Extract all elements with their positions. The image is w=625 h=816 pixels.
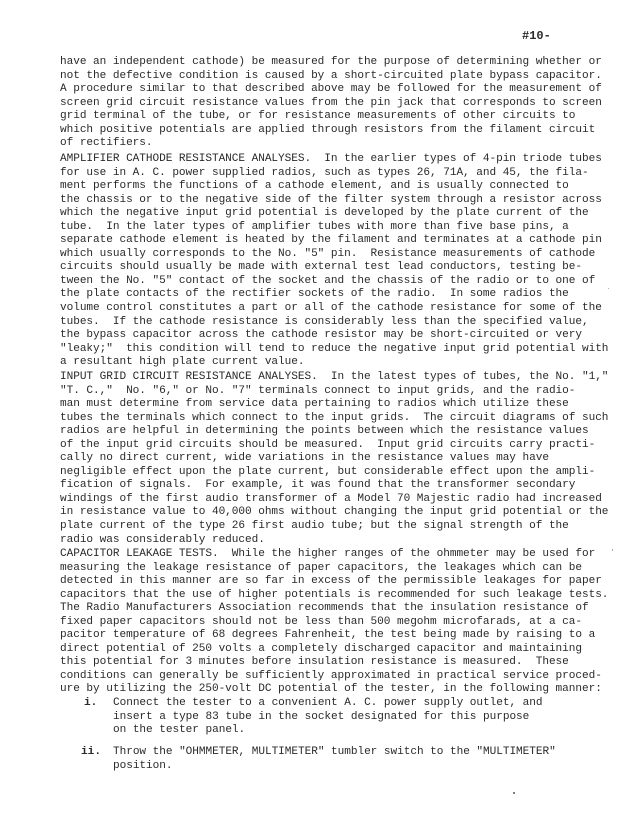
section-heading-line: CAPACITOR LEAKAGE TESTS. While the highe…: [60, 548, 590, 562]
text-line: capacitors that the use of higher potent…: [60, 589, 590, 603]
text-line: which positive potentials are applied th…: [60, 124, 590, 138]
page-number: #10-: [522, 29, 551, 43]
text-line: fication of signals. For example, it was…: [60, 479, 590, 493]
text-line: detected in this manner are so far in ex…: [60, 575, 590, 589]
text-line: the chassis or to the negative side of t…: [60, 194, 590, 208]
text-line: of the input grid circuits should be mea…: [60, 439, 590, 453]
text-line: direct potential of 250 volts a complete…: [60, 643, 590, 657]
text-line: negligible effect upon the plate current…: [60, 466, 590, 480]
text-line: tween the No. "5" contact of the socket …: [60, 275, 590, 289]
text-line: ure by utilizing the 250-volt DC potenti…: [60, 683, 590, 697]
text-line: screen grid circuit resistance values fr…: [60, 97, 590, 111]
scan-speck: [608, 288, 609, 289]
text-line: have an independent cathode) be measured…: [60, 56, 590, 70]
text-line: Throw the "OHMMETER, MULTIMETER" tumbler…: [113, 746, 583, 760]
text-line: circuits should usually be made with ext…: [60, 261, 590, 275]
text-line: separate cathode element is heated by th…: [60, 234, 590, 248]
scan-speck: [612, 549, 613, 551]
text-line: ment performs the functions of a cathode…: [60, 180, 590, 194]
text-line: tube. In the later types of amplifier tu…: [60, 221, 590, 235]
text-line: insert a type 83 tube in the socket desi…: [113, 711, 583, 725]
text-line: tubes. If the cathode resistance is cons…: [60, 316, 590, 330]
text-line: which the negative input grid potential …: [60, 207, 590, 221]
text-line: pacitor temperature of 68 degrees Fahren…: [60, 629, 590, 643]
text-line: "leaky;" this condition will tend to red…: [60, 343, 590, 357]
text-line: not the defective condition is caused by…: [60, 70, 590, 84]
text-line: man must determine from service data per…: [60, 398, 590, 412]
text-line: on the tester panel.: [113, 724, 583, 738]
text-line: grid terminal of the tube, or for resist…: [60, 110, 590, 124]
text-line: plate current of the type 26 first audio…: [60, 520, 590, 534]
text-line: in resistance value to 40,000 ohms witho…: [60, 506, 590, 520]
text-line: the plate contacts of the rectifier sock…: [60, 288, 590, 302]
step-number: ii.: [81, 746, 103, 760]
text-line: measuring the leakage resistance of pape…: [60, 562, 590, 576]
text-line: A procedure similar to that described ab…: [60, 83, 590, 97]
text-line: fixed paper capacitors should not be les…: [60, 616, 590, 630]
paragraph-continuation: have an independent cathode) be measured…: [60, 56, 590, 151]
text-line: conditions can generally be sufficiently…: [60, 670, 590, 684]
text-line: which usually corresponds to the No. "5"…: [60, 248, 590, 262]
text-line: The Radio Manufacturers Association reco…: [60, 602, 590, 616]
text-line: radio was considerably reduced.: [60, 534, 590, 548]
section-heading-line: AMPLIFIER CATHODE RESISTANCE ANALYSES. I…: [60, 153, 590, 167]
text-line: cally no direct current, wide variations…: [60, 452, 590, 466]
scan-speck: [513, 792, 515, 794]
text-line: Connect the tester to a convenient A. C.…: [113, 697, 583, 711]
text-line: tubes the terminals which connect to the…: [60, 412, 590, 426]
text-line: "T. C.," No. "6," or No. "7" terminals c…: [60, 385, 590, 399]
text-line: volume control constitutes a part or all…: [60, 302, 590, 316]
section-input-grid-circuit-resistance: INPUT GRID CIRCUIT RESISTANCE ANALYSES. …: [60, 371, 590, 547]
section-heading-line: INPUT GRID CIRCUIT RESISTANCE ANALYSES. …: [60, 371, 590, 385]
text-line: a resultant high plate current value.: [60, 356, 590, 370]
text-line: radios are helpful in determining the po…: [60, 425, 590, 439]
text-line: position.: [113, 760, 583, 774]
text-line: the bypass capacitor across the cathode …: [60, 329, 590, 343]
text-line: this potential for 3 minutes before insu…: [60, 656, 590, 670]
text-line: of rectifiers.: [60, 137, 590, 151]
text-line: for use in A. C. power supplied radios, …: [60, 167, 590, 181]
step-number: i.: [84, 697, 106, 711]
section-amplifier-cathode-resistance: AMPLIFIER CATHODE RESISTANCE ANALYSES. I…: [60, 153, 590, 370]
section-capacitor-leakage-tests: CAPACITOR LEAKAGE TESTS. While the highe…: [60, 548, 590, 697]
text-line: windings of the first audio transformer …: [60, 493, 590, 507]
